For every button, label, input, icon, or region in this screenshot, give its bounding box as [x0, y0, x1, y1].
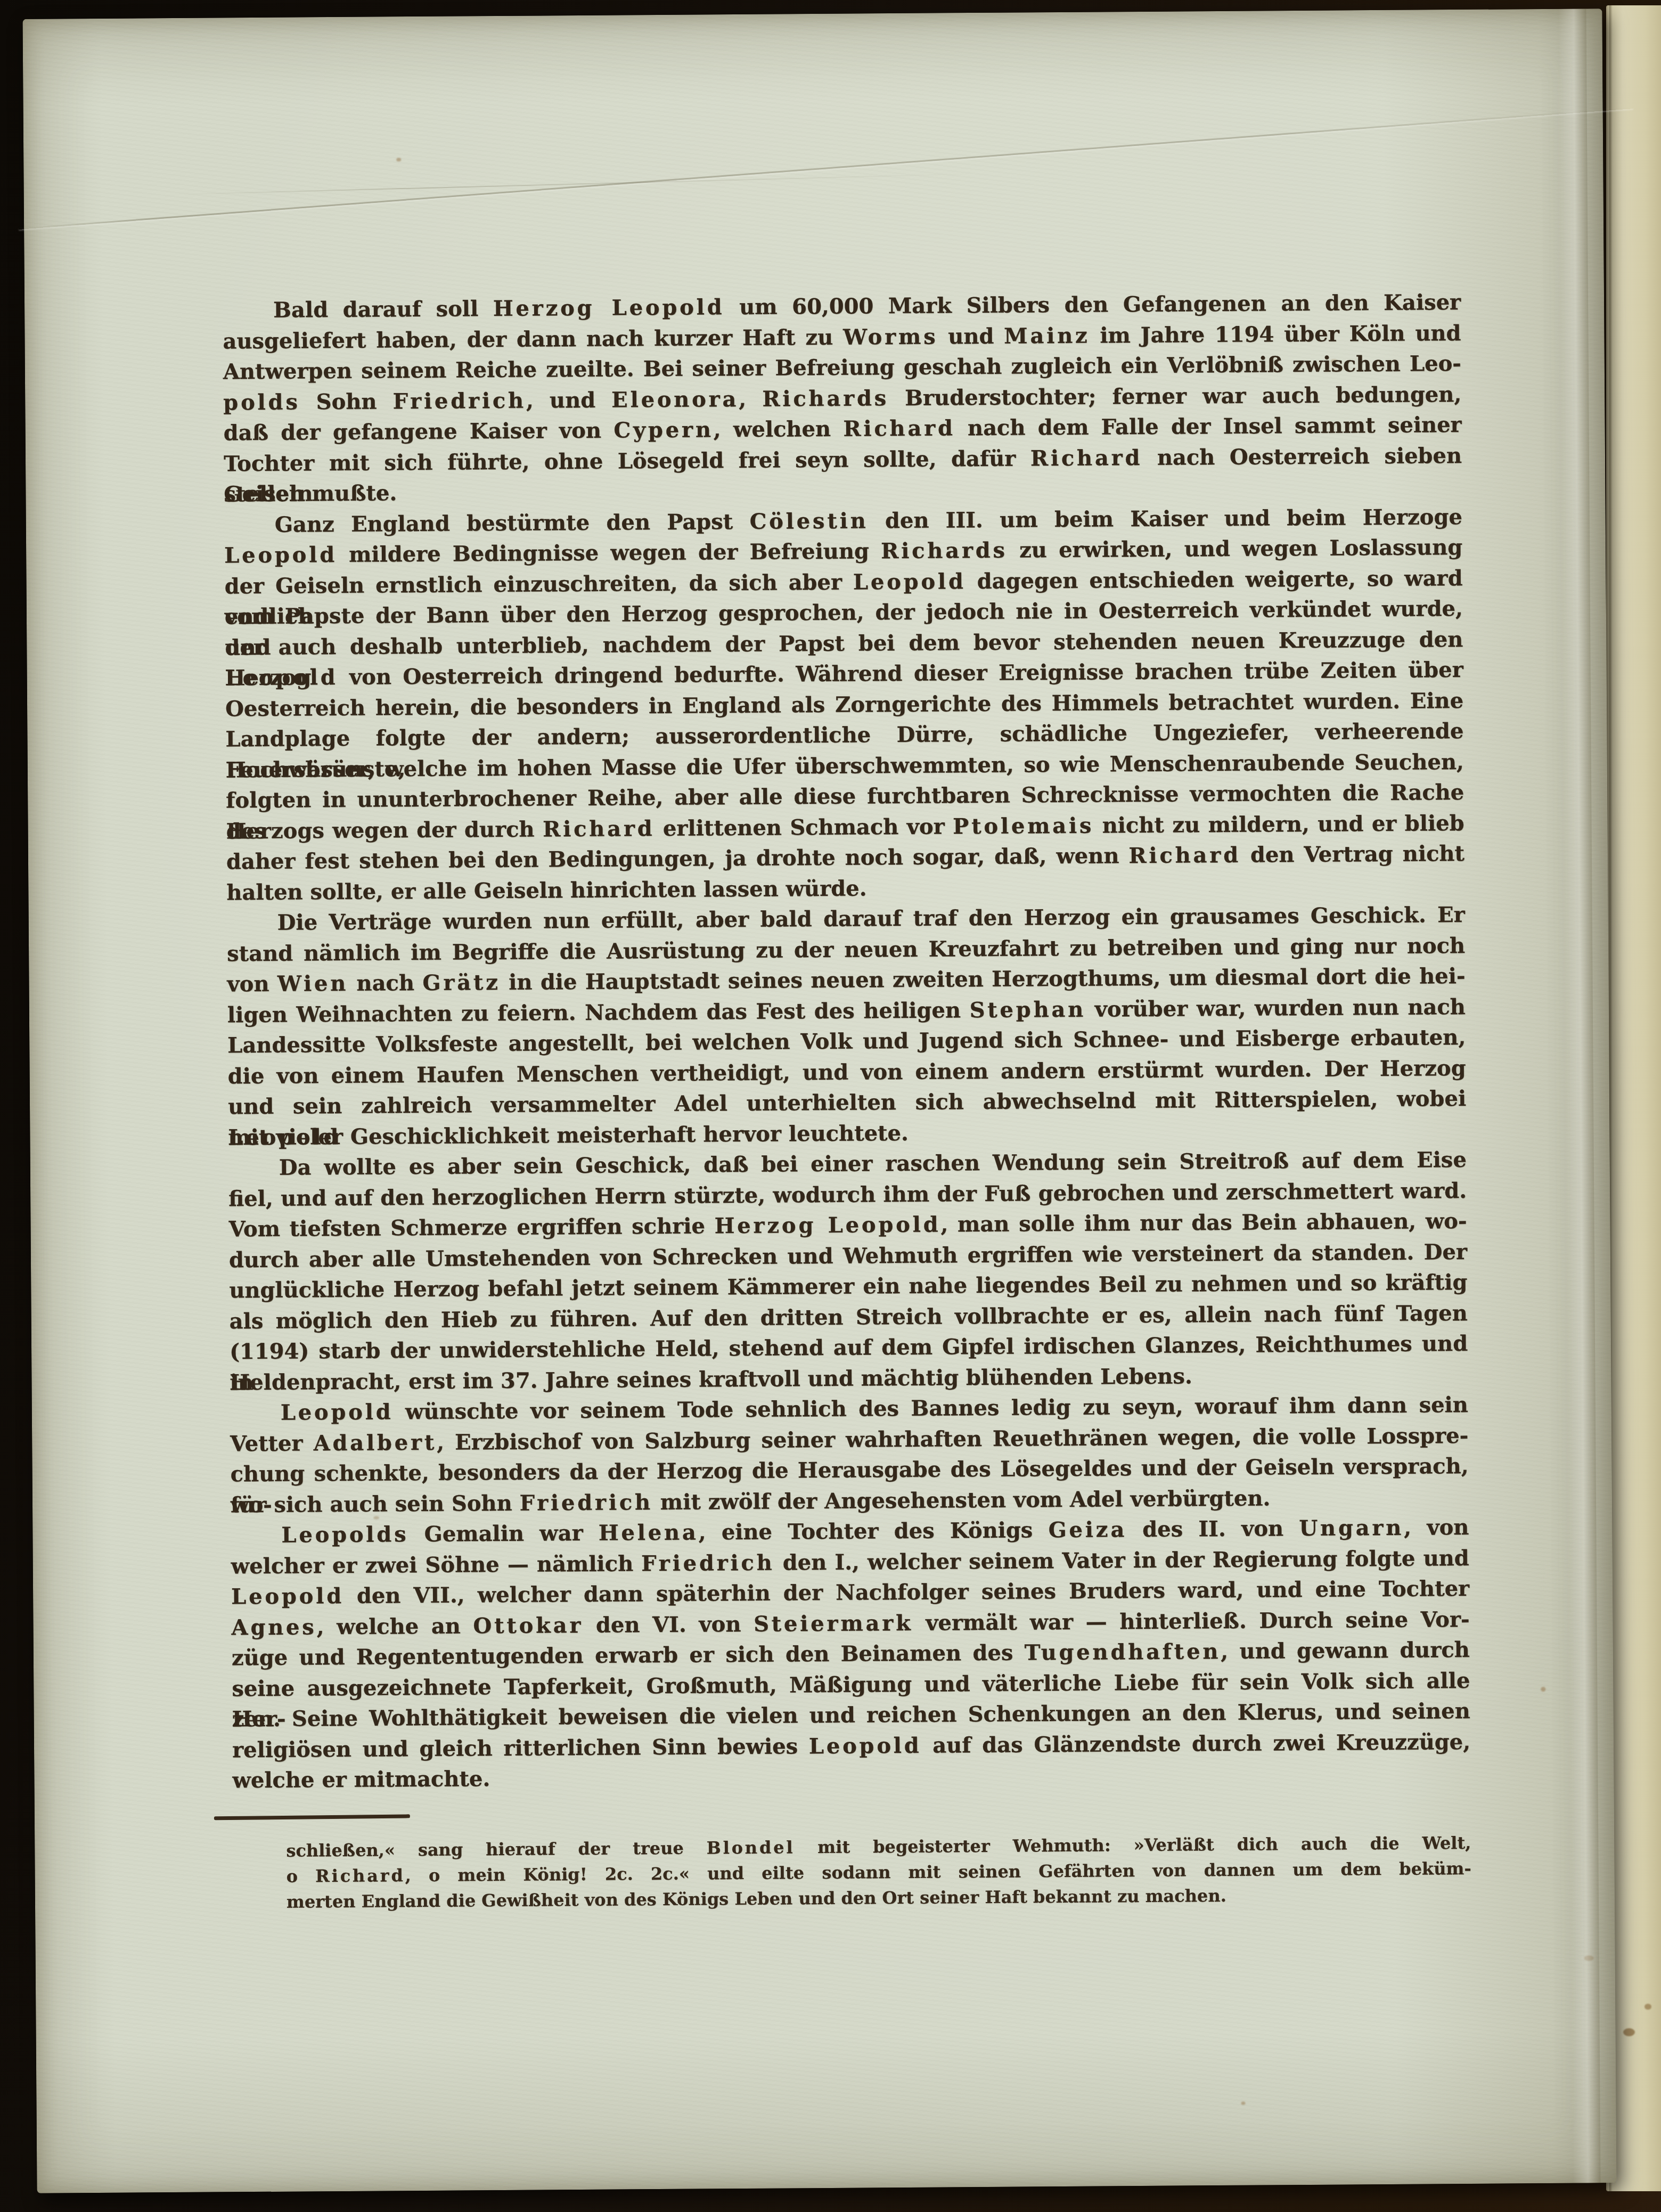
spaced-name: Wien: [277, 971, 348, 997]
spaced-name: Friedrich: [392, 388, 526, 414]
spaced-name: Leopolds: [281, 1522, 408, 1548]
stain: [1623, 2028, 1635, 2036]
spaced-name: Leopold: [809, 1733, 922, 1758]
spaced-name: Steiermark: [754, 1610, 913, 1636]
main-text-block: Bald darauf soll Herzog Leopold um 60,00…: [223, 287, 1471, 1796]
spaced-name: Leopold: [224, 542, 337, 568]
spaced-name: Richard: [1030, 445, 1143, 470]
spaced-name: Worms: [843, 324, 938, 349]
spaced-name: Leopold: [225, 665, 338, 690]
spaced-name: Leopold: [853, 569, 966, 594]
spaced-name: Richards: [762, 386, 889, 412]
footnote-separator: [214, 1814, 410, 1820]
spaced-name: Mainz: [1004, 323, 1090, 348]
spaced-name: Friedrich: [519, 1490, 653, 1516]
stain: [1241, 2102, 1245, 2105]
paper-crease: [178, 173, 977, 195]
spaced-name: Richard: [1128, 843, 1241, 868]
stain: [1644, 2004, 1651, 2010]
stain: [396, 158, 401, 161]
spaced-name: Geiza: [1048, 1517, 1127, 1542]
stain: [1541, 1687, 1545, 1692]
spaced-name: Ottokar: [473, 1612, 583, 1638]
stain: [1584, 1955, 1594, 1961]
paper-crease: [19, 107, 1633, 230]
spaced-name: Richard: [843, 415, 955, 441]
spaced-name: Grätz: [422, 970, 501, 995]
spaced-name: Leopold: [281, 1399, 394, 1425]
spaced-name: polds: [223, 389, 300, 415]
spaced-name: Ungarn: [1299, 1515, 1404, 1541]
spaced-name: Eleonora: [611, 386, 739, 412]
spaced-name: Agnes: [231, 1614, 316, 1640]
scan-background: Bald darauf soll Herzog Leopold um 60,00…: [0, 0, 1661, 2212]
spaced-name: Ptolemais: [953, 813, 1094, 839]
spaced-name: Friedrich: [641, 1550, 775, 1576]
spaced-name: Leopold: [231, 1584, 344, 1609]
spaced-name: Richards: [881, 538, 1008, 564]
spaced-name: Tugendhaften: [1025, 1639, 1221, 1665]
spaced-name: Herzog Leopold: [493, 295, 725, 321]
spaced-name: Adalbert: [313, 1430, 437, 1456]
spaced-name: Herzog Leopold: [715, 1212, 941, 1238]
spaced-name: Cypern: [613, 417, 714, 443]
spaced-name: Richard: [543, 816, 655, 842]
spaced-name: Helena: [599, 1520, 699, 1546]
spaced-name: Stephan: [969, 997, 1086, 1022]
spaced-name: Cölestin: [749, 508, 868, 534]
footnote-block: schließen,« sang hierauf der treue Blond…: [286, 1830, 1471, 1915]
spaced-name: Blondel: [707, 1837, 795, 1858]
spaced-name: Richard: [315, 1865, 405, 1886]
page-sheet: Bald darauf soll Herzog Leopold um 60,00…: [22, 9, 1616, 2193]
